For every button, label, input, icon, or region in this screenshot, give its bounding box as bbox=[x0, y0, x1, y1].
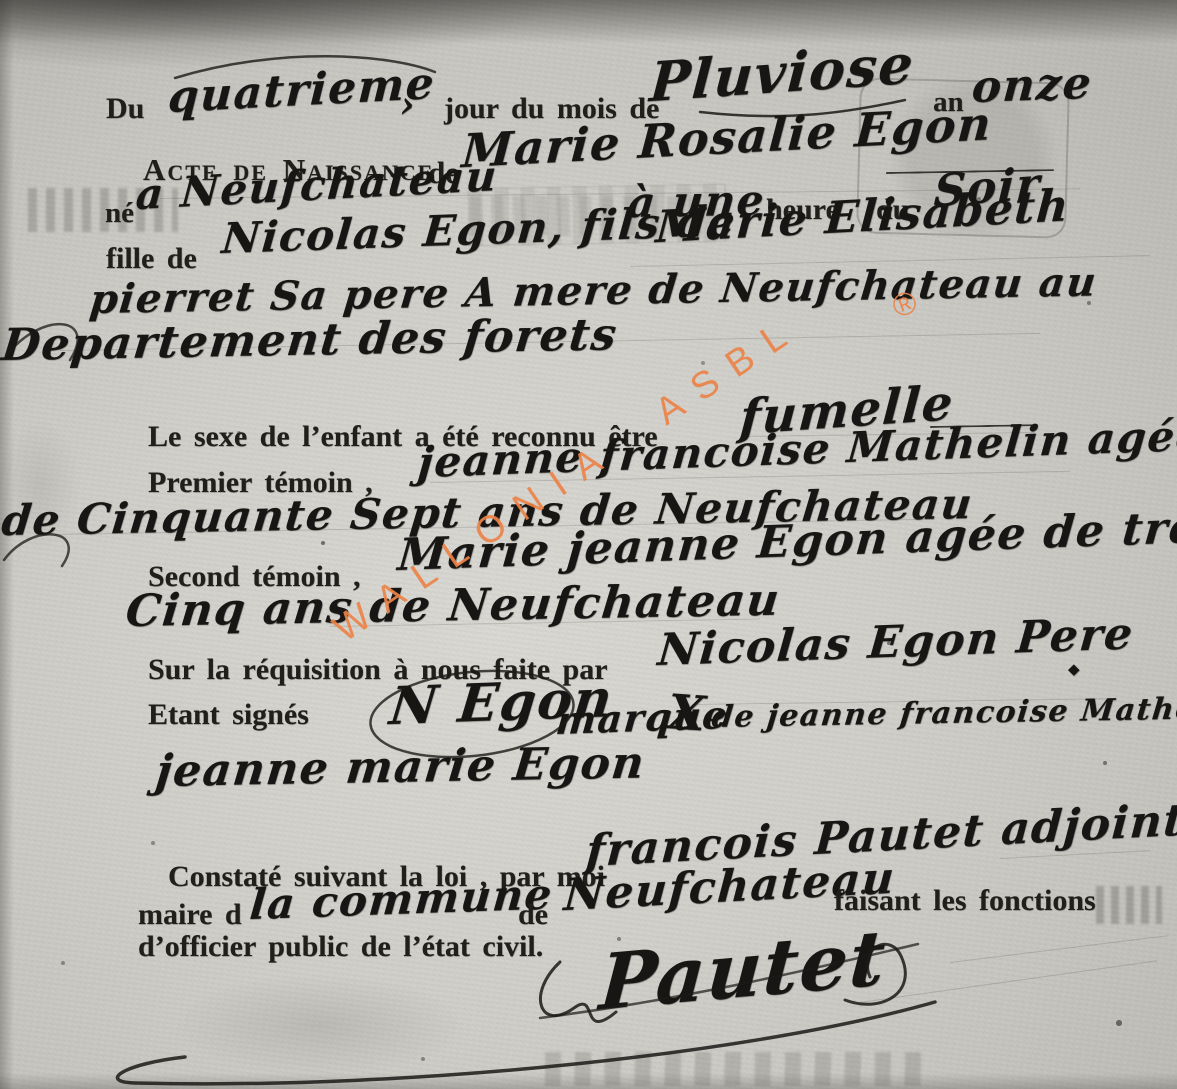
printed-label-du: Du bbox=[106, 92, 144, 126]
bleedthrough-text-smudge bbox=[1096, 886, 1162, 924]
birth-record-scan: Du quatrieme › jour du mois de Pluviose … bbox=[0, 0, 1177, 1089]
paper-specks bbox=[0, 0, 2, 2]
printed-label-fille-de: fille de bbox=[106, 242, 197, 276]
entry-la-commune: la commune bbox=[248, 869, 555, 929]
faint-rule-line bbox=[860, 960, 1157, 1003]
printed-label-ne: né bbox=[105, 197, 134, 230]
bottom-edge-shadow bbox=[0, 1073, 1177, 1089]
printed-label-maire-d: maire d bbox=[138, 898, 242, 932]
faint-rule-line bbox=[950, 935, 1168, 963]
ink-dot-mark: ◆ bbox=[1068, 660, 1081, 678]
signature-jeanne-marie-egon: jeanne marie Egon bbox=[153, 737, 647, 797]
printed-label-officier-public: d’officier public de l’état civil. bbox=[138, 930, 543, 964]
printed-label-etant-signes: Etant signés bbox=[148, 698, 309, 732]
entry-departement: Departement des forets bbox=[0, 309, 620, 371]
bleedthrough-text-smudge bbox=[175, 975, 465, 1075]
witness-x-mark: X bbox=[666, 684, 709, 743]
entry-mark-owner-names: de jeanne francoise Mathelin bbox=[710, 691, 1177, 735]
caret-mark: › bbox=[400, 84, 416, 126]
top-left-shadow bbox=[0, 0, 560, 70]
printed-label-de-2: de bbox=[518, 898, 548, 932]
signature-pautet: Pautet bbox=[597, 913, 889, 1028]
